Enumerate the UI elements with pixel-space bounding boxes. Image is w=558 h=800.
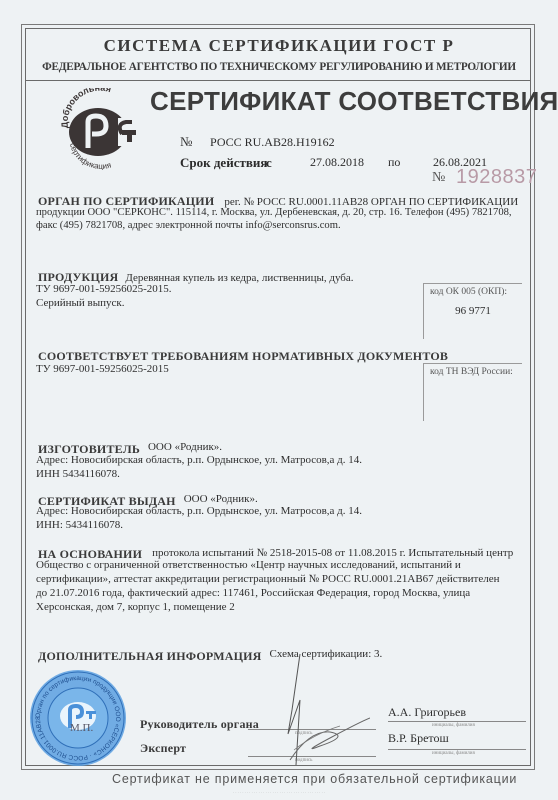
tnved-code-label: код ТН ВЭД России:	[424, 364, 522, 377]
tnved-code-value	[424, 377, 522, 385]
product-release: Серийный выпуск.	[36, 297, 125, 309]
additional-info-label: ДОПОЛНИТЕЛЬНАЯ ИНФОРМАЦИЯ	[38, 649, 262, 663]
validity-to-label: по	[388, 155, 400, 170]
basis-text-5: Херсонская, дом 7, корпус 1, помещение 2	[36, 601, 235, 613]
basis-text-3: сертификации», аттестат аккредитации рег…	[36, 573, 500, 585]
certificate-title: СЕРТИФИКАТ СООТВЕТСТВИЯ	[150, 86, 558, 117]
head-name: А.А. Григорьев	[388, 705, 466, 720]
validity-from-date: 27.08.2018	[310, 155, 364, 170]
compliance-label: СООТВЕТСТВУЕТ ТРЕБОВАНИЯМ НОРМАТИВНЫХ ДО…	[38, 349, 448, 364]
basis-text-2: Общество с ограниченной ответственностью…	[36, 559, 461, 571]
stamp-seal-icon: Орган по сертификации продукции ООО «СЕР…	[28, 668, 128, 768]
issued-to-name: ООО «Родник».	[184, 493, 258, 505]
issued-to-address: Адрес: Новосибирская область, р.п. Ордын…	[36, 505, 362, 517]
compliance-document: ТУ 9697-001-59256025-2015	[36, 363, 169, 375]
expert-name-line	[388, 749, 526, 750]
certification-body-label: ОРГАН ПО СЕРТИФИКАЦИИ	[38, 194, 214, 208]
certification-body-line3: факс (495) 7821708, адрес электронной по…	[36, 220, 341, 231]
expert-name-caption: инициалы, фамилия	[432, 751, 475, 756]
product-spec: ТУ 9697-001-59256025-2015.	[36, 283, 172, 295]
printer-imprint: · · · · · · · · · · · · · · · · · · · · …	[0, 790, 558, 795]
validity-from-label: с	[266, 155, 272, 171]
expert-name: В.Р. Бретош	[388, 731, 449, 746]
okp-code-label: код ОК 005 (ОКП):	[424, 284, 522, 297]
head-name-caption: инициалы, фамилия	[432, 723, 475, 728]
manufacturer-inn: ИНН 5434116078.	[36, 468, 120, 480]
tnved-code-box: код ТН ВЭД России:	[423, 363, 522, 421]
footer-note: Сертификат не применяется при обязательн…	[112, 772, 517, 786]
certification-body-line2: продукции ООО "СЕРКОНС". 115114, г. Моск…	[36, 207, 512, 218]
okp-code-value: 96 9771	[424, 297, 522, 317]
certificate-number: РОСС RU.АВ28.Н19162	[210, 135, 335, 150]
product-label: ПРОДУКЦИЯ	[38, 270, 118, 284]
basis-text-1: протокола испытаний № 2518-2015-08 от 11…	[152, 547, 513, 559]
system-title: СИСТЕМА СЕРТИФИКАЦИИ ГОСТ Р	[0, 36, 558, 56]
expert-label: Эксперт	[140, 741, 186, 756]
stamp-mp-label: М.П.	[70, 722, 93, 734]
validity-label: Срок действия	[180, 155, 267, 171]
rst-logo-icon: Добровольная сертификация	[60, 88, 140, 170]
certificate-number-label: №	[180, 134, 192, 150]
header-divider	[25, 80, 530, 81]
issued-to-inn: ИНН: 5434116078.	[36, 519, 123, 531]
okp-code-box: код ОК 005 (ОКП): 96 9771	[423, 283, 522, 339]
agency-title: ФЕДЕРАЛЬНОЕ АГЕНТСТВО ПО ТЕХНИЧЕСКОМУ РЕ…	[0, 61, 558, 73]
blank-number: 1928837	[456, 166, 537, 189]
head-name-line	[388, 721, 526, 722]
head-of-body-label: Руководитель органа	[140, 717, 259, 732]
basis-text-4: до 21.07.2016 года, фактический адрес: 1…	[36, 587, 470, 599]
blank-number-label: №	[432, 170, 445, 186]
manufacturer-name: ООО «Родник».	[148, 441, 222, 453]
manufacturer-address: Адрес: Новосибирская область, р.п. Ордын…	[36, 454, 362, 466]
signature-scribble-icon	[270, 650, 370, 770]
